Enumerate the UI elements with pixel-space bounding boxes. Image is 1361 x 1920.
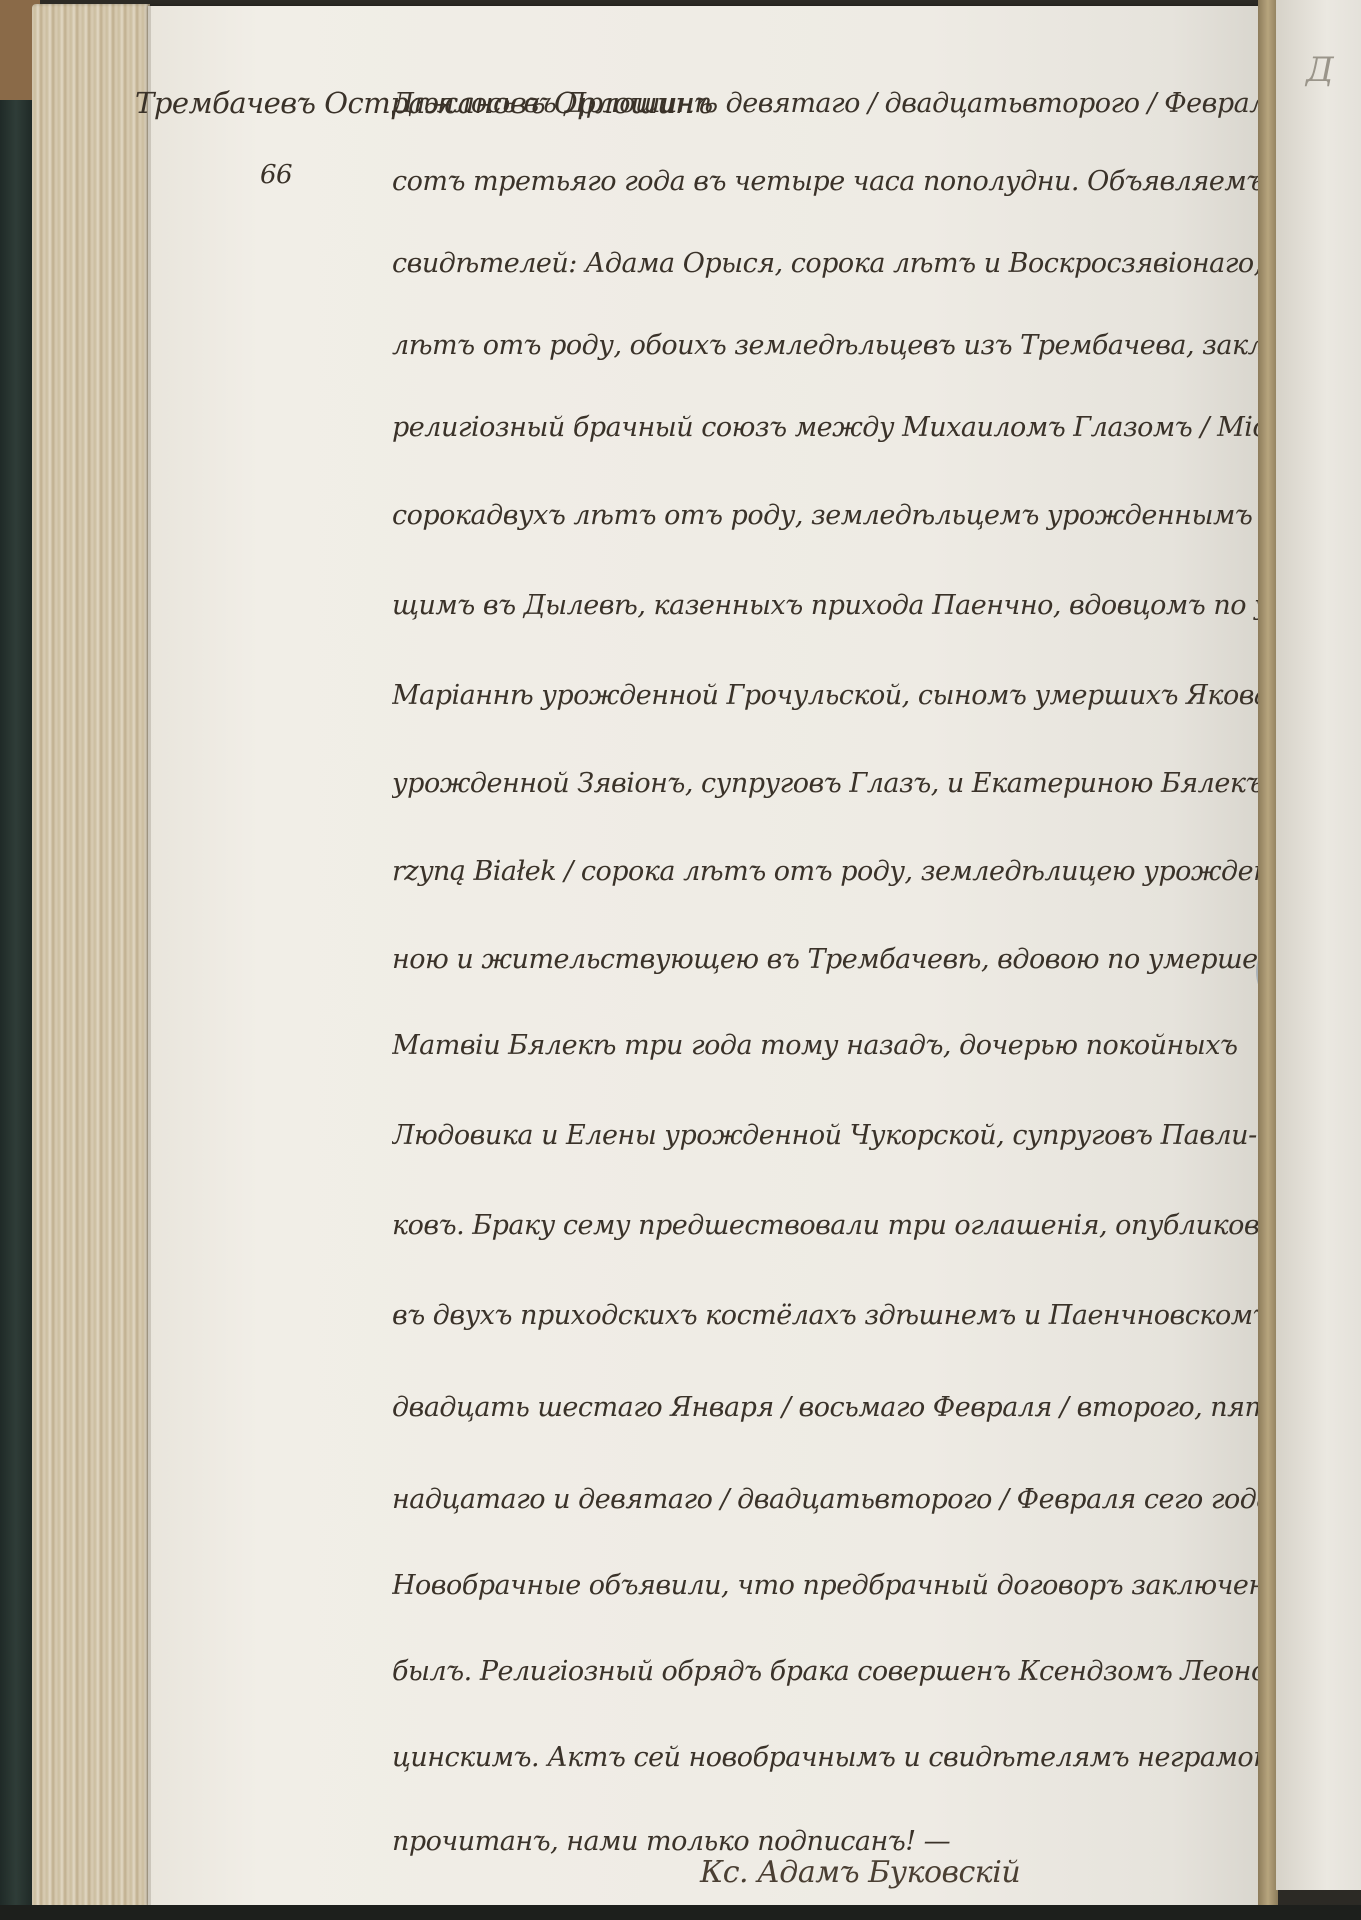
record-line-21: прочитанъ, нами только подписанъ! —	[392, 1826, 1267, 1857]
record-line-7: щимъ въ Дылевѣ, казенныхъ прихода Паенчн…	[392, 590, 1267, 621]
record-line-17: надцатаго и девятаго / двадцатьвторого /…	[392, 1484, 1267, 1515]
record-line-6: сорокадвухъ лѣтъ отъ роду, земледѣльцемъ…	[392, 500, 1267, 531]
record-line-9: урожденной Зявіонъ, супруговъ Глазъ, и Е…	[392, 768, 1267, 799]
record-line-16: двадцать шестаго Января / восьмаго Февра…	[392, 1392, 1267, 1423]
record-line-3: свидѣтелей: Адама Орыся, сорока лѣтъ и В…	[392, 248, 1267, 279]
book-gutter	[1258, 0, 1278, 1920]
page-edges-stack	[32, 4, 150, 1909]
record-line-20: цинскимъ. Актъ сей новобрачнымъ и свидѣт…	[392, 1742, 1267, 1773]
book-binding-bottom	[0, 1905, 1361, 1920]
record-line-5: религіозный брачный союзъ между Михаилом…	[392, 412, 1267, 443]
priest-signature: Кс. Адамъ Буковскій	[700, 1855, 1020, 1890]
record-line-15: въ двухъ приходскихъ костёлахъ здѣшнемъ …	[392, 1300, 1267, 1331]
record-line-4: лѣтъ отъ роду, обоихъ земледѣльцевъ изъ …	[392, 330, 1267, 361]
record-line-19: былъ. Религіозный обрядъ брака совершенъ…	[392, 1656, 1267, 1687]
margin-rule	[148, 6, 151, 1906]
record-line-1: Дѣялось въ Дрлошинѣ девятаго / двадцатьв…	[392, 88, 1267, 119]
record-line-8: Маріаннѣ урожденной Грочульской, сыномъ …	[392, 680, 1267, 711]
record-line-18: Новобрачные объявили, что предбрачный до…	[392, 1570, 1267, 1601]
record-line-12: Матвіи Бялекѣ три года тому назадъ, доче…	[392, 1030, 1267, 1061]
record-line-13: Людовика и Елены урожденной Чукорской, с…	[392, 1120, 1267, 1151]
record-line-10: rzyną Białek / сорока лѣтъ отъ роду, зем…	[392, 856, 1267, 887]
facing-page-edge: Д	[1276, 0, 1361, 1890]
record-line-14: ковъ. Браку сему предшествовали три огла…	[392, 1210, 1267, 1241]
record-line-11: ною и жительствующею въ Трембачевѣ, вдов…	[392, 944, 1267, 975]
facing-page-letter: Д	[1306, 50, 1334, 90]
entry-number: 66	[260, 160, 292, 190]
record-line-2: сотъ третьяго года въ четыре часа пополу…	[392, 166, 1267, 197]
